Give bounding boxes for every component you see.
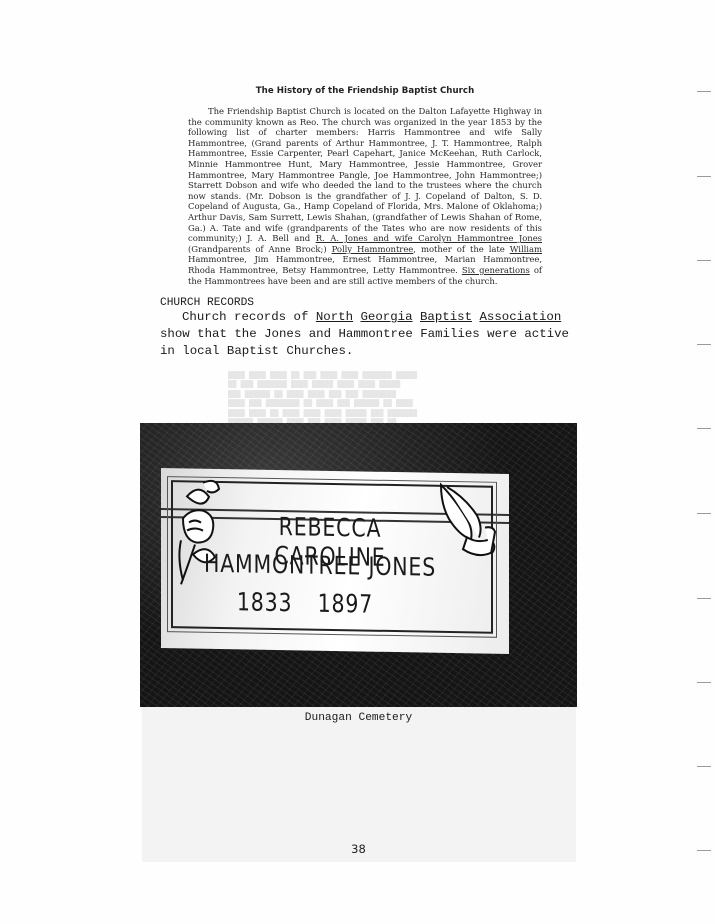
page-number: 38 (140, 842, 577, 856)
church-records-heading: CHURCH RECORDS (160, 297, 580, 309)
history-clipping: The History of the Friendship Baptist Ch… (188, 86, 542, 287)
text-run: show that the Jones and Hammontree Famil… (160, 327, 569, 358)
underlined-text: North (316, 310, 353, 324)
document-page: The History of the Friendship Baptist Ch… (0, 0, 714, 924)
underlined-text: Association (479, 310, 561, 324)
photo-caption: Dunagan Cemetery (140, 712, 577, 724)
text-run: (Grandparents of Anne Brock;) (188, 245, 332, 255)
inscription-surname-line: HAMMONTREE JONES (198, 549, 442, 582)
church-records-paragraph: Church records of North Georgia Baptist … (160, 309, 580, 360)
underlined-text: Polly Hammontree (332, 245, 414, 255)
underlined-text: Six generations (462, 266, 530, 276)
underlined-text: R. A. Jones and wife Carolyn Hammontree … (316, 234, 542, 244)
bleed-through-text: ████ ████ ████ ██ ███ ████ ████ ███████ … (228, 362, 568, 429)
text-run: Church records of (182, 310, 316, 324)
gravestone-photo: REBECCA CAROLINE HAMMONTREE JONES 1833 1… (140, 423, 577, 707)
underlined-text: Baptist (420, 310, 472, 324)
clipping-paragraph: The Friendship Baptist Church is located… (188, 107, 542, 287)
rose-icon (173, 476, 231, 597)
underlined-text: William (510, 245, 542, 255)
text-run: The Friendship Baptist Church is located… (188, 107, 542, 244)
text-run: , mother of the late (413, 245, 509, 255)
photo-mount (142, 706, 576, 862)
underlined-text: Georgia (360, 310, 412, 324)
gravestone: REBECCA CAROLINE HAMMONTREE JONES 1833 1… (161, 468, 509, 654)
clipping-title: The History of the Friendship Baptist Ch… (188, 86, 542, 96)
inscription-dates-line: 1833 1897 (187, 586, 423, 619)
